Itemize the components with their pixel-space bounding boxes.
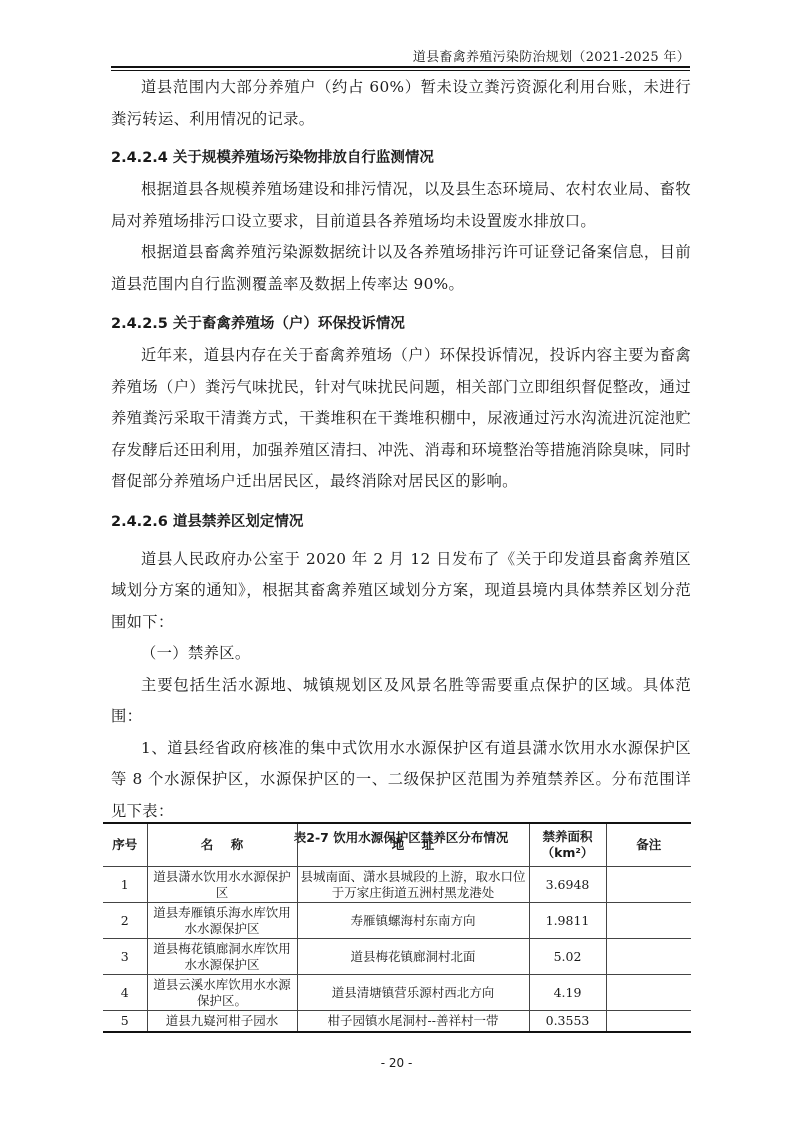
table-row: 3 道县梅花镇廊洞水库饮用水水源保护区 道县梅花镇廊洞村北面 5.02 [103,939,691,975]
document-title: 道县畜禽养殖污染防治规划（2021-2025 年） [413,46,690,65]
table-header-row: 序号 名 称 地 址 禁养面积 （km²） 备注 [103,823,691,867]
header-address: 地 址 [297,823,529,867]
cell-note [606,1011,691,1032]
paragraph: 道县范围内大部分养殖户（约占 60%）暂未设立粪污资源化利用台账，未进行粪污转运… [111,72,691,135]
paragraph: 道县人民政府办公室于 2020 年 2 月 12 日发布了《关于印发道县畜禽养殖… [111,544,691,639]
page-number: - 20 - [0,1056,793,1070]
header-area-label: 禁养面积 [533,829,603,845]
cell-address: 道县梅花镇廊洞村北面 [297,939,529,975]
table-row: 2 道县寿雁镇乐海水库饮用水水源保护区 寿雁镇螺海村东南方向 1.9811 [103,903,691,939]
cell-no: 3 [103,939,147,975]
header-name: 名 称 [147,823,297,867]
paragraph: （一）禁养区。 [111,638,691,670]
cell-no: 4 [103,975,147,1011]
cell-address: 寿雁镇螺海村东南方向 [297,903,529,939]
cell-name: 道县潇水饮用水水源保护区 [147,867,297,903]
page-header: 道县畜禽养殖污染防治规划（2021-2025 年） [111,40,690,66]
cell-note [606,867,691,903]
header-rule [111,66,690,68]
cell-address: 道县清塘镇营乐源村西北方向 [297,975,529,1011]
cell-address: 柑子园镇水尾洞村--善祥村一带 [297,1011,529,1032]
cell-area: 1.9811 [529,903,606,939]
cell-note [606,939,691,975]
cell-area: 4.19 [529,975,606,1011]
section-heading-2-4-2-6: 2.4.2.6 道县禁养区划定情况 [111,512,691,532]
cell-no: 1 [103,867,147,903]
paragraph: 1、道县经省政府核准的集中式饮用水水源保护区有道县潇水饮用水水源保护区等 8 个… [111,733,691,828]
header-no: 序号 [103,823,147,867]
cell-no: 5 [103,1011,147,1032]
cell-area: 0.3553 [529,1011,606,1032]
cell-area: 3.6948 [529,867,606,903]
table-row: 1 道县潇水饮用水水源保护区 县城南面、潇水县城段的上游，取水口位于万家庄街道五… [103,867,691,903]
paragraph: 近年来，道县内存在关于畜禽养殖场（户）环保投诉情况，投诉内容主要为畜禽养殖场（户… [111,340,691,498]
cell-name: 道县九嶷河柑子园水 [147,1011,297,1032]
header-area-unit: （km²） [533,845,603,861]
cell-name: 道县梅花镇廊洞水库饮用水水源保护区 [147,939,297,975]
paragraph: 主要包括生活水源地、城镇规划区及风景名胜等需要重点保护的区域。具体范围： [111,670,691,733]
cell-area: 5.02 [529,939,606,975]
cell-name: 道县云溪水库饮用水水源保护区。 [147,975,297,1011]
paragraph: 根据道县畜禽养殖污染源数据统计以及各养殖场排污许可证登记备案信息，目前道县范围内… [111,237,691,300]
section-heading-2-4-2-4: 2.4.2.4 关于规模养殖场污染物排放自行监测情况 [111,148,691,168]
paragraph: 根据道县各规模养殖场建设和排污情况，以及县生态环境局、农村农业局、畜牧局对养殖场… [111,174,691,237]
section-heading-2-4-2-5: 2.4.2.5 关于畜禽养殖场（户）环保投诉情况 [111,314,691,334]
table-row: 5 道县九嶷河柑子园水 柑子园镇水尾洞村--善祥村一带 0.3553 [103,1011,691,1032]
page-body: 道县范围内大部分养殖户（约占 60%）暂未设立粪污资源化利用台账，未进行粪污转运… [111,72,691,847]
cell-address: 县城南面、潇水县城段的上游，取水口位于万家庄街道五洲村黑龙港处 [297,867,529,903]
cell-no: 2 [103,903,147,939]
table-row: 4 道县云溪水库饮用水水源保护区。 道县清塘镇营乐源村西北方向 4.19 [103,975,691,1011]
header-area: 禁养面积 （km²） [529,823,606,867]
header-rule-thin [111,70,690,71]
cell-note [606,903,691,939]
header-note: 备注 [606,823,691,867]
protection-zone-table: 序号 名 称 地 址 禁养面积 （km²） 备注 1 道县潇水饮用水水源保护区 … [103,822,691,1033]
cell-name: 道县寿雁镇乐海水库饮用水水源保护区 [147,903,297,939]
cell-note [606,975,691,1011]
